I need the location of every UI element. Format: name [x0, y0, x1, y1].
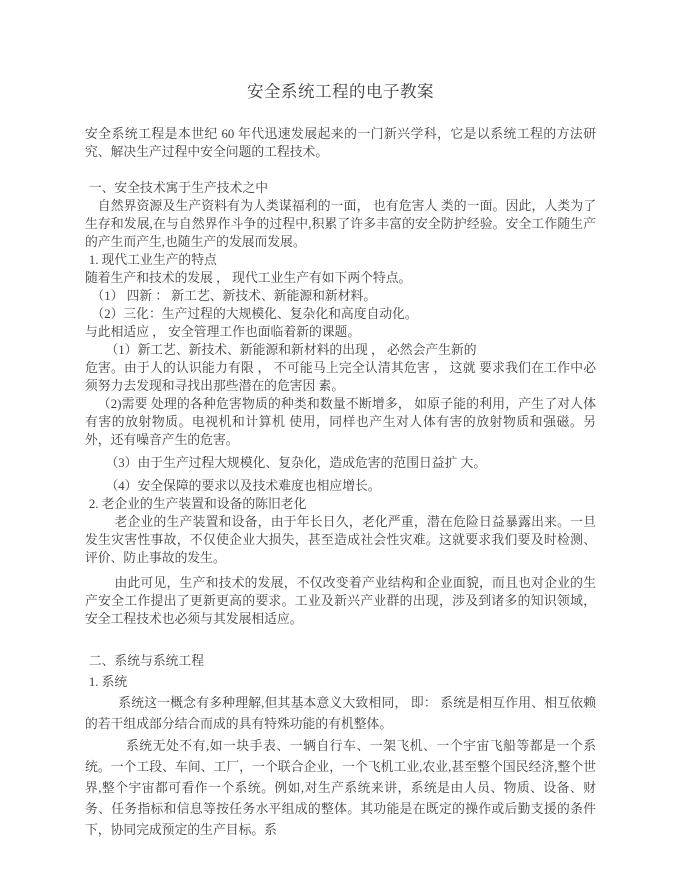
- subheading-1-1: 1. 现代工业生产的特点: [85, 251, 596, 269]
- list-item: （4）安全保障的要求以及技术难度也相应增长。: [85, 477, 596, 495]
- paragraph: 自然界资源及生产资料有为人类谋福利的一面， 也有危害人 类的一面。因此，人类为了…: [85, 197, 596, 251]
- document-page: 安全系统工程的电子教案 安全系统工程是本世纪 60 年代迅速发展起来的一门新兴学…: [0, 0, 680, 880]
- section-heading-1: 一、安全技术寓于生产技术之中: [85, 179, 596, 197]
- list-item: （1）新工艺、新技术、新能源和新材料的出现 ， 必然会产生新的: [85, 341, 596, 359]
- paragraph: 由此可见，生产和技术的发展，不仅改变着产业结构和企业面貌，而且也对企业的生产安全…: [85, 574, 596, 628]
- intro-paragraph: 安全系统工程是本世纪 60 年代迅速发展起来的一门新兴学科，它是以系统工程的方法…: [85, 125, 596, 161]
- paragraph: 老企业的生产装置和设备，由于年长日久，老化严重，潜在危险日益暴露出来。一旦发生灾…: [85, 513, 596, 567]
- paragraph: 与此相适应 ， 安全管理工作也面临着新的课题。: [85, 323, 596, 341]
- paragraph: 危害。由于人的认识能力有限 ， 不可能马上完全认清其危害 ， 这就 要求我们在工…: [85, 359, 596, 395]
- subheading-1-2: 2. 老企业的生产装置和设备的陈旧老化: [85, 495, 596, 513]
- section-heading-2: 二、系统与系统工程: [85, 652, 596, 670]
- list-item: （1） 四新 ： 新工艺、新技术、新能源和新材料。: [85, 287, 596, 305]
- subheading-2-1: 1. 系统: [85, 672, 596, 693]
- paragraph: 系统无处不有,如一块手表、一辆自行车、一架飞机、一个宇宙飞船等都是一个系统。一个…: [85, 736, 596, 842]
- paragraph: 随着生产和技术的发展 ， 现代工业生产有如下两个特点。: [85, 269, 596, 287]
- document-title: 安全系统工程的电子教案: [85, 81, 596, 103]
- list-item: （3）由于生产过程大规模化、复杂化，造成危害的范围日益扩 大。: [85, 454, 596, 472]
- paragraph: 系统这一概念有多种理解,但其基本意义大致相同， 即： 系统是相互作用、相互依赖的…: [85, 693, 596, 735]
- list-item: （2）三化：生产过程的大规模化、复杂化和高度自动化。: [85, 305, 596, 323]
- document-body: 安全系统工程是本世纪 60 年代迅速发展起来的一门新兴学科，它是以系统工程的方法…: [85, 125, 596, 842]
- list-item: （2)需要 处理的各种危害物质的种类和数量不断增多， 如原子能的利用，产生了对人…: [85, 395, 596, 449]
